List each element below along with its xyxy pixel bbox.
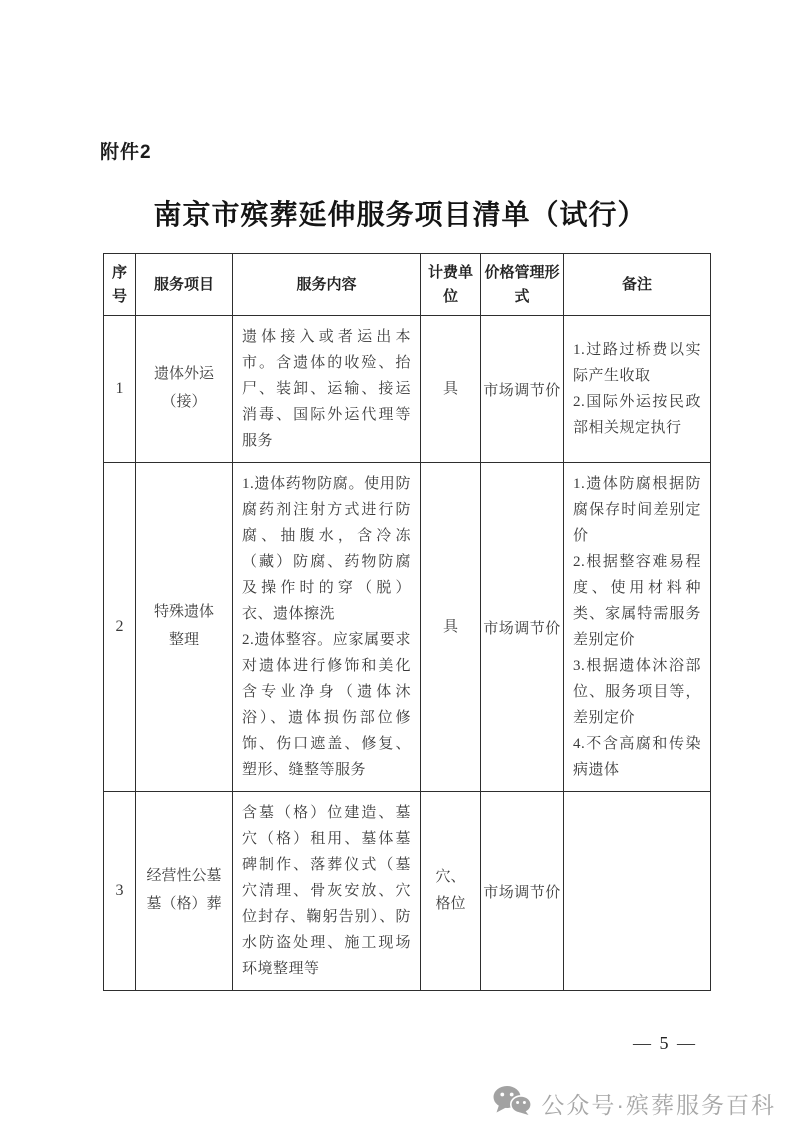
page-number: — 5 — — [633, 1033, 697, 1054]
column-header-service-content: 服务内容 — [233, 254, 421, 316]
service-item: 遗体外运 （接） — [136, 316, 233, 463]
price-management: 市场调节价 — [481, 792, 564, 991]
service-content: 遗体接入或者运出本市。含遗体的收殓、抬尸、装卸、运输、接运消毒、国际外运代理等服… — [233, 316, 421, 463]
billing-unit: 具 — [421, 463, 481, 792]
row-no: 1 — [104, 316, 136, 463]
price-management: 市场调节价 — [481, 316, 564, 463]
billing-unit: 穴、 格位 — [421, 792, 481, 991]
row-no: 3 — [104, 792, 136, 991]
remarks: 1.过路过桥费以实际产生收取 2.国际外运按民政部相关规定执行 — [564, 316, 711, 463]
table-row: 2 特殊遗体 整理 1.遗体药物防腐。使用防腐药剂注射方式进行防腐、抽腹水，含冷… — [104, 463, 711, 792]
row-no: 2 — [104, 463, 136, 792]
service-item: 特殊遗体 整理 — [136, 463, 233, 792]
column-header-billing-unit: 计费单位 — [421, 254, 481, 316]
service-items-table: 序号 服务项目 服务内容 计费单位 价格管理形式 备注 1 遗体外运 （接） 遗… — [103, 253, 711, 991]
remarks — [564, 792, 711, 991]
billing-unit: 具 — [421, 316, 481, 463]
price-management: 市场调节价 — [481, 463, 564, 792]
wechat-icon — [492, 1085, 532, 1121]
table-row: 3 经营性公墓 墓（格）葬 含墓（格）位建造、墓穴（格）租用、墓体墓碑制作、落葬… — [104, 792, 711, 991]
service-content: 1.遗体药物防腐。使用防腐药剂注射方式进行防腐、抽腹水，含冷冻（藏）防腐、药物防… — [233, 463, 421, 792]
document-page: 附件2 南京市殡葬延伸服务项目清单（试行） 序号 服务项目 服务内容 计费单位 … — [0, 0, 800, 1132]
column-header-no: 序号 — [104, 254, 136, 316]
attachment-label: 附件2 — [100, 137, 152, 164]
table-header-row: 序号 服务项目 服务内容 计费单位 价格管理形式 备注 — [104, 254, 711, 316]
column-header-remarks: 备注 — [564, 254, 711, 316]
page-title: 南京市殡葬延伸服务项目清单（试行） — [0, 193, 800, 233]
service-item: 经营性公墓 墓（格）葬 — [136, 792, 233, 991]
footer-label: 公众号·殡葬服务百科 — [541, 1087, 776, 1120]
footer-watermark: 公众号·殡葬服务百科 — [492, 1085, 776, 1121]
service-content: 含墓（格）位建造、墓穴（格）租用、墓体墓碑制作、落葬仪式（墓穴清理、骨灰安放、穴… — [233, 792, 421, 991]
column-header-service-item: 服务项目 — [136, 254, 233, 316]
column-header-price-management: 价格管理形式 — [481, 254, 564, 316]
table-row: 1 遗体外运 （接） 遗体接入或者运出本市。含遗体的收殓、抬尸、装卸、运输、接运… — [104, 316, 711, 463]
remarks: 1.遗体防腐根据防腐保存时间差别定价 2.根据整容难易程度、使用材料种类、家属特… — [564, 463, 711, 792]
